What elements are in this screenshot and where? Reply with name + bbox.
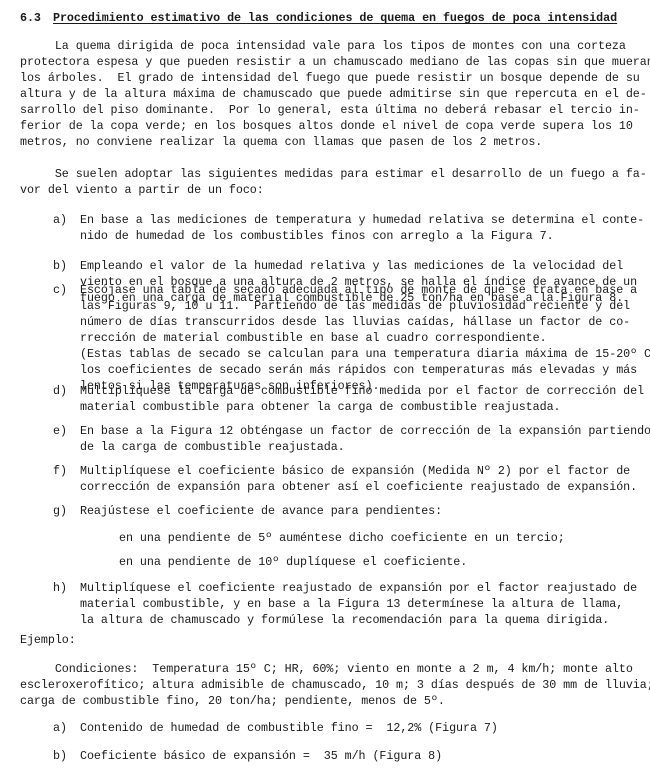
text-line: Multiplíquese el coeficiente reajustado … bbox=[80, 580, 637, 596]
step-label: e) bbox=[53, 423, 67, 439]
text-line: Se suelen adoptar las siguientes medidas… bbox=[20, 166, 640, 182]
text-line: los árboles. El grado de intensidad del … bbox=[20, 70, 640, 86]
text-line: altura y de la altura máxima de chamusca… bbox=[20, 86, 640, 102]
text-line: de la carga de combustible reajustada. bbox=[80, 439, 345, 455]
text-line: Condiciones: Temperatura 15º C; HR, 60%;… bbox=[20, 661, 640, 677]
step-label: f) bbox=[53, 463, 67, 479]
sub-line: en una pendiente de 5º auméntese dicho c… bbox=[119, 530, 565, 546]
text-line: En base a la Figura 12 obténgase un fact… bbox=[80, 423, 650, 439]
text-line: Escójase una tabla de secado adecuada al… bbox=[80, 282, 637, 298]
text-line: metros, no conviene realizar la quema co… bbox=[20, 134, 640, 150]
example-heading: Ejemplo: bbox=[20, 632, 640, 648]
text-line: las Figuras 9, 10 u 11. Partiendo de las… bbox=[80, 298, 630, 314]
text-line: vor del viento a partir de un foco: bbox=[20, 182, 640, 198]
text-line: (Estas tablas de secado se calculan para… bbox=[80, 346, 650, 362]
text-line: número de días transcurridos desde las l… bbox=[80, 314, 630, 330]
text-line: nido de humedad de los combustibles fino… bbox=[80, 228, 554, 244]
section-title: Procedimiento estimativo de las condicio… bbox=[53, 10, 617, 26]
text-line: corrección de expansión para obtener así… bbox=[80, 479, 637, 495]
text-line: ferior de la copa verde; en los bosques … bbox=[20, 118, 640, 134]
text-line: carga de combustible fino, 20 ton/ha; pe… bbox=[20, 693, 640, 709]
text-line: escleroxerofítico; altura admisible de c… bbox=[20, 677, 640, 693]
step-label: a) bbox=[53, 212, 67, 228]
text-line: material combustible, y en base a la Fig… bbox=[80, 596, 623, 612]
sub-line: en una pendiente de 10º duplíquese el co… bbox=[119, 554, 467, 570]
result-text: Contenido de humedad de combustible fino… bbox=[80, 720, 498, 736]
text-line: protectora espesa y que pueden resistir … bbox=[20, 54, 640, 70]
step-label: b) bbox=[53, 258, 67, 274]
section-number: 6.3 bbox=[20, 10, 41, 26]
step-label: h) bbox=[53, 580, 67, 596]
text-line: La quema dirigida de poca intensidad val… bbox=[20, 38, 640, 54]
text-line: Empleando el valor de la humedad relativ… bbox=[80, 258, 623, 274]
step-label: d) bbox=[53, 383, 67, 399]
result-label: b) bbox=[53, 748, 67, 764]
text-line: Multiplíquese la carga de combustible fi… bbox=[80, 383, 644, 399]
result-label: a) bbox=[53, 720, 67, 736]
text-line: sarrollo del piso dominante. Por lo gene… bbox=[20, 102, 640, 118]
text-line: En base a las mediciones de temperatura … bbox=[80, 212, 644, 228]
text-line: rrección de material combustible en base… bbox=[80, 330, 547, 346]
text-line: material combustible para obtener la car… bbox=[80, 399, 561, 415]
text-line: la altura de chamuscado y formúlese la r… bbox=[80, 612, 609, 628]
result-text: Coeficiente básico de expansión = 35 m/h… bbox=[80, 748, 442, 764]
step-label: g) bbox=[53, 503, 67, 519]
text-line: Reajústese el coeficiente de avance para… bbox=[80, 503, 442, 519]
step-label: c) bbox=[53, 282, 67, 298]
text-line: Multiplíquese el coeficiente básico de e… bbox=[80, 463, 630, 479]
text-line: los coeficientes de secado serán más ráp… bbox=[80, 362, 637, 378]
